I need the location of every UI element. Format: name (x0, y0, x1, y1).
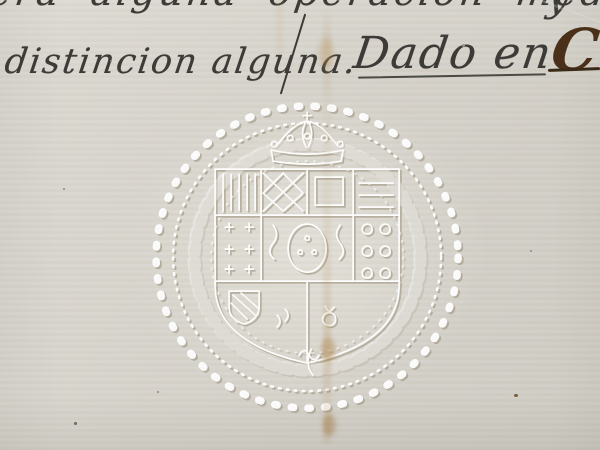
paper-speck (514, 394, 518, 397)
seal-svg (138, 88, 478, 428)
paper-speck (74, 422, 77, 425)
embossed-dry-seal (138, 88, 478, 428)
paper-speck (530, 250, 532, 252)
place-initial-letter: C (547, 16, 600, 84)
paper-speck (110, 60, 112, 62)
paper-speck (462, 44, 465, 47)
manuscript-photo: era alguna operacion medici y distincion… (0, 0, 600, 450)
manuscript-line-2: distincion alguna. (2, 42, 360, 82)
paper-speck (63, 188, 65, 190)
manuscript-line-1: era alguna operacion medici (0, 0, 600, 14)
dado-en-phrase: Dado en (350, 28, 556, 79)
paper-speck (157, 391, 159, 393)
